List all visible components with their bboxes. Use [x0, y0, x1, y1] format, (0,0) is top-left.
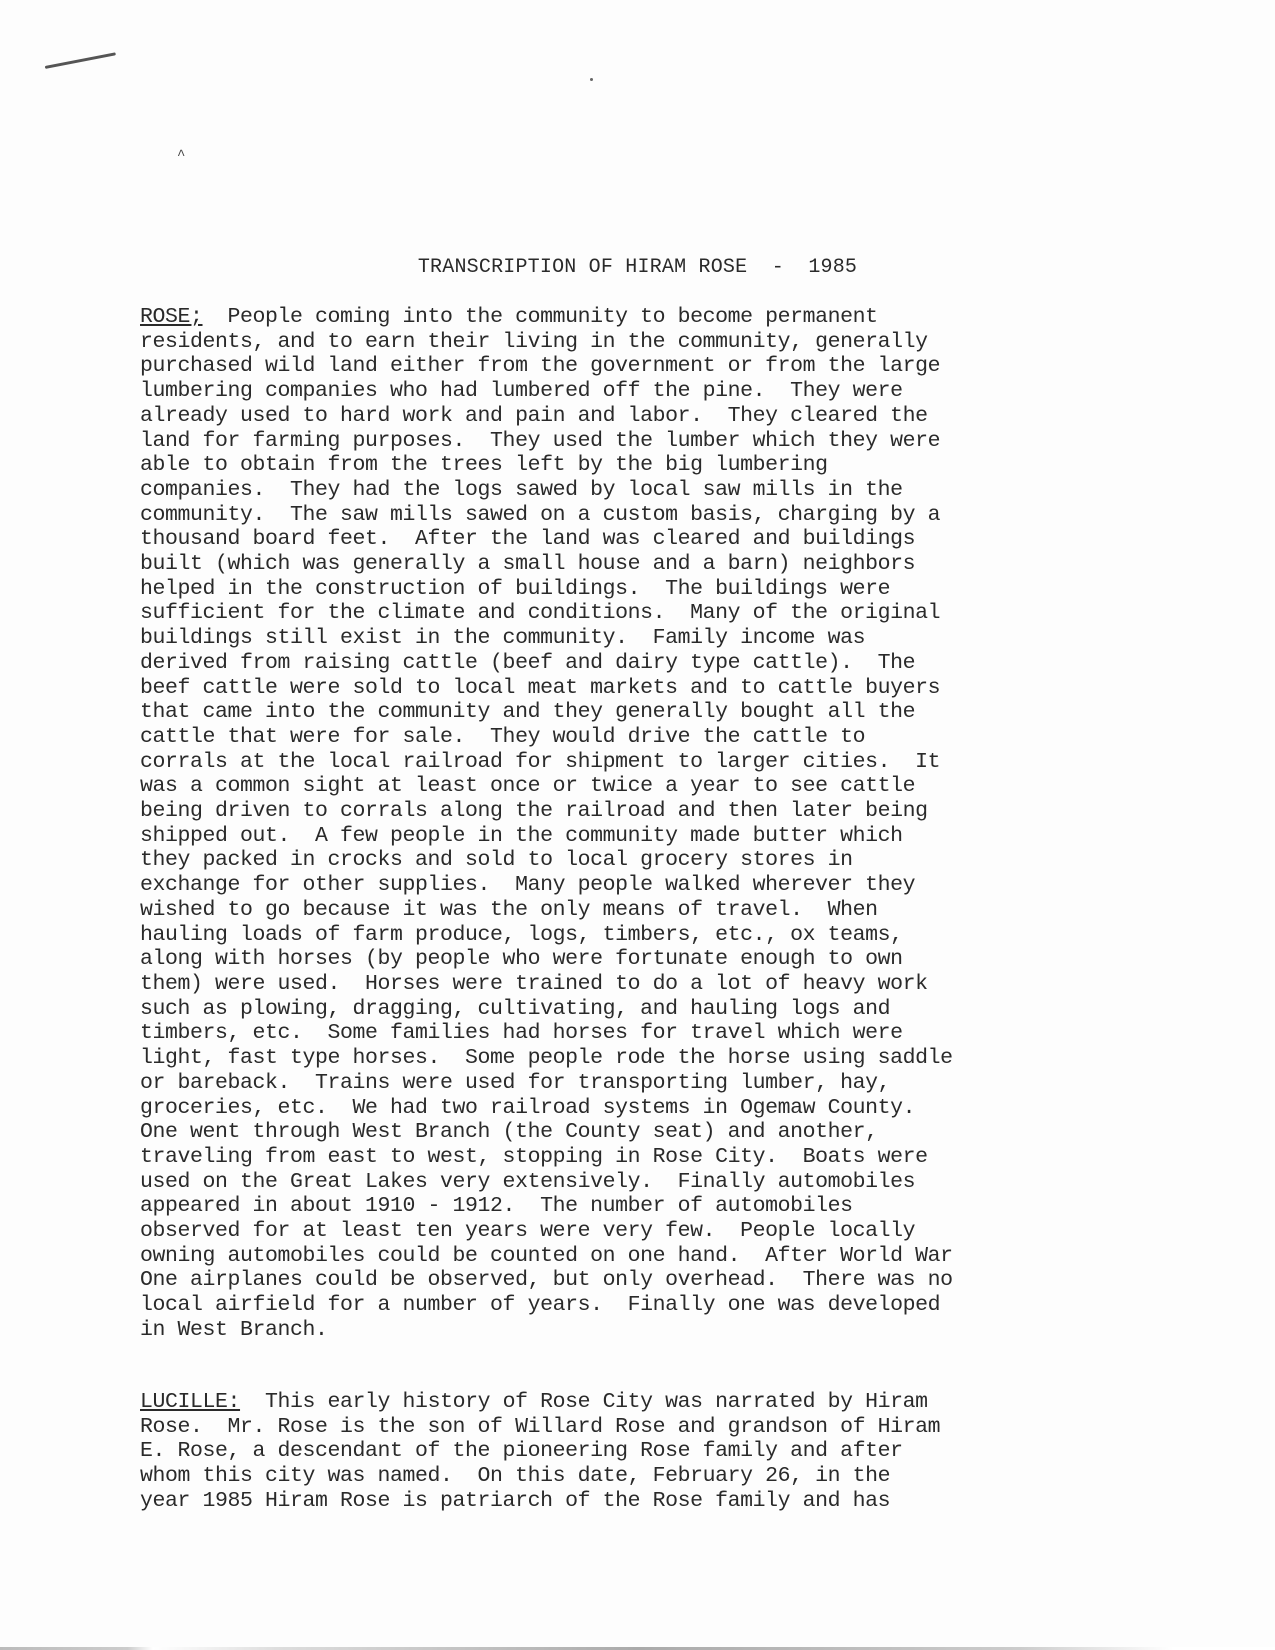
paragraph-rose: ROSE; People coming into the community t… — [140, 305, 1140, 1343]
text-line: owning automobiles could be counted on o… — [140, 1244, 1140, 1269]
text-line: able to obtain from the trees left by th… — [140, 453, 1140, 478]
paragraph-lucille: LUCILLE: This early history of Rose City… — [140, 1390, 1140, 1514]
text-line: whom this city was named. On this date, … — [140, 1464, 1140, 1489]
text-line: built (which was generally a small house… — [140, 552, 1140, 577]
text-line: Rose. Mr. Rose is the son of Willard Ros… — [140, 1415, 1140, 1440]
text-line: used on the Great Lakes very extensively… — [140, 1170, 1140, 1195]
text-line: such as plowing, dragging, cultivating, … — [140, 997, 1140, 1022]
text-line: residents, and to earn their living in t… — [140, 330, 1140, 355]
text-line: or bareback. Trains were used for transp… — [140, 1071, 1140, 1096]
text-line: appeared in about 1910 - 1912. The numbe… — [140, 1194, 1140, 1219]
text-line: cattle that were for sale. They would dr… — [140, 725, 1140, 750]
pen-stroke-mark — [45, 52, 116, 69]
text-line: along with horses (by people who were fo… — [140, 947, 1140, 972]
text-line: purchased wild land either from the gove… — [140, 354, 1140, 379]
text-line: corrals at the local railroad for shipme… — [140, 750, 1140, 775]
caret-mark: ^ — [177, 148, 185, 164]
text-line: traveling from east to west, stopping in… — [140, 1145, 1140, 1170]
text-line: lumbering companies who had lumbered off… — [140, 379, 1140, 404]
text-line: year 1985 Hiram Rose is patriarch of the… — [140, 1489, 1140, 1514]
text-line: local airfield for a number of years. Fi… — [140, 1293, 1140, 1318]
text-line: beef cattle were sold to local meat mark… — [140, 676, 1140, 701]
text-line: ROSE; People coming into the community t… — [140, 305, 1140, 330]
text-line: timbers, etc. Some families had horses f… — [140, 1021, 1140, 1046]
document-title: TRANSCRIPTION OF HIRAM ROSE - 1985 — [0, 256, 1275, 279]
text-line: derived from raising cattle (beef and da… — [140, 651, 1140, 676]
text-line: land for farming purposes. They used the… — [140, 429, 1140, 454]
text-line: in West Branch. — [140, 1318, 1140, 1343]
text-line: shipped out. A few people in the communi… — [140, 824, 1140, 849]
text-line: groceries, etc. We had two railroad syst… — [140, 1096, 1140, 1121]
text-line: was a common sight at least once or twic… — [140, 774, 1140, 799]
text-line: observed for at least ten years were ver… — [140, 1219, 1140, 1244]
text-line: being driven to corrals along the railro… — [140, 799, 1140, 824]
text-line: companies. They had the logs sawed by lo… — [140, 478, 1140, 503]
text-line: E. Rose, a descendant of the pioneering … — [140, 1439, 1140, 1464]
text-line: LUCILLE: This early history of Rose City… — [140, 1390, 1140, 1415]
text-line: thousand board feet. After the land was … — [140, 527, 1140, 552]
text-line: sufficient for the climate and condition… — [140, 601, 1140, 626]
text-line: they packed in crocks and sold to local … — [140, 848, 1140, 873]
text-line: exchange for other supplies. Many people… — [140, 873, 1140, 898]
text-line: already used to hard work and pain and l… — [140, 404, 1140, 429]
text-line: One went through West Branch (the County… — [140, 1120, 1140, 1145]
paragraph-body: ROSE; People coming into the community t… — [140, 305, 1140, 1343]
text-line: hauling loads of farm produce, logs, tim… — [140, 923, 1140, 948]
text-line: them) were used. Horses were trained to … — [140, 972, 1140, 997]
text-line: One airplanes could be observed, but onl… — [140, 1268, 1140, 1293]
text-line: buildings still exist in the community. … — [140, 626, 1140, 651]
text-line: helped in the construction of buildings.… — [140, 577, 1140, 602]
speaker-label: LUCILLE: — [140, 1390, 240, 1414]
text-line: light, fast type horses. Some people rod… — [140, 1046, 1140, 1071]
text-line: that came into the community and they ge… — [140, 700, 1140, 725]
text-line: wished to go because it was the only mea… — [140, 898, 1140, 923]
scan-speck — [590, 78, 593, 81]
text-line: community. The saw mills sawed on a cust… — [140, 503, 1140, 528]
paragraph-body: LUCILLE: This early history of Rose City… — [140, 1390, 1140, 1514]
speaker-label: ROSE; — [140, 305, 203, 329]
